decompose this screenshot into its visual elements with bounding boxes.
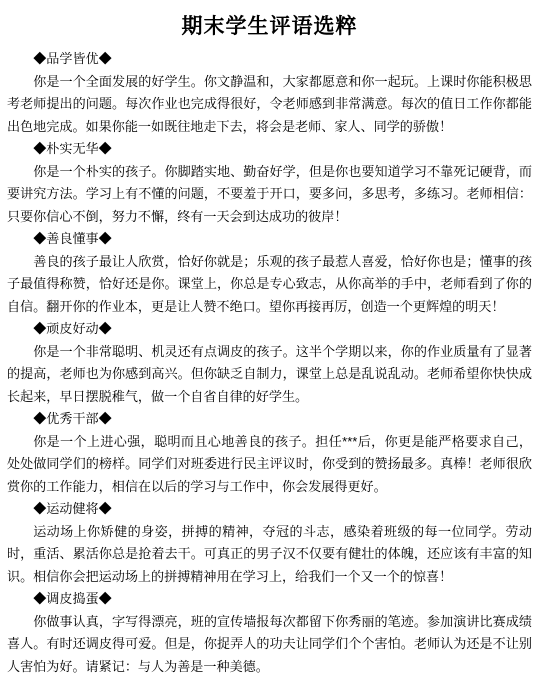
section-pushiwuhua: ◆朴实无华◆ 你是一个朴实的孩子。你脚踏实地、勤奋好学，但是你也要知道学习不靠死… bbox=[7, 138, 532, 228]
section-paragraph: 你是一个上进心强，聪明而且心地善良的孩子。担任***后，你更是能严格要求自己，处… bbox=[7, 431, 532, 499]
page-title: 期末学生评语选粹 bbox=[7, 12, 532, 40]
section-heading: ◆调皮捣蛋◆ bbox=[7, 588, 532, 611]
section-paragraph: 你是一个非常聪明、机灵还有点调皮的孩子。这半个学期以来，你的作业质量有了显著的提… bbox=[7, 341, 532, 409]
section-yundongjianjiang: ◆运动健将◆ 运动场上你矫健的身姿，拼搏的精神，夺冠的斗志，感染着班级的每一位同… bbox=[7, 498, 532, 588]
section-paragraph: 你做事认真，字写得漂亮，班的宣传墙报每次都留下你秀丽的笔迹。参加演讲比赛成绩喜人… bbox=[7, 611, 532, 679]
section-paragraph: 善良的孩子最让人欣赏，恰好你就是；乐观的孩子最惹人喜爱，恰好你也是；懂事的孩子最… bbox=[7, 251, 532, 319]
section-shanliangdongshi: ◆善良懂事◆ 善良的孩子最让人欣赏，恰好你就是；乐观的孩子最惹人喜爱，恰好你也是… bbox=[7, 228, 532, 318]
section-heading: ◆运动健将◆ bbox=[7, 498, 532, 521]
section-heading: ◆善良懂事◆ bbox=[7, 228, 532, 251]
section-youxiuganbu: ◆优秀干部◆ 你是一个上进心强，聪明而且心地善良的孩子。担任***后，你更是能严… bbox=[7, 408, 532, 498]
section-wanpihaodong: ◆顽皮好动◆ 你是一个非常聪明、机灵还有点调皮的孩子。这半个学期以来，你的作业质… bbox=[7, 318, 532, 408]
section-heading: ◆品学皆优◆ bbox=[7, 48, 532, 71]
section-paragraph: 你是一个全面发展的好学生。你文静温和，大家都愿意和你一起玩。上课时你能积极思考老… bbox=[7, 71, 532, 139]
section-heading: ◆顽皮好动◆ bbox=[7, 318, 532, 341]
section-paragraph: 运动场上你矫健的身姿，拼搏的精神，夺冠的斗志，感染着班级的每一位同学。劳动时，重… bbox=[7, 521, 532, 589]
section-tiaopidaodan: ◆调皮捣蛋◆ 你做事认真，字写得漂亮，班的宣传墙报每次都留下你秀丽的笔迹。参加演… bbox=[7, 588, 532, 678]
section-paragraph: 你是一个朴实的孩子。你脚踏实地、勤奋好学，但是你也要知道学习不靠死记硬背，而要讲… bbox=[7, 161, 532, 229]
section-pinxuejieyou: ◆品学皆优◆ 你是一个全面发展的好学生。你文静温和，大家都愿意和你一起玩。上课时… bbox=[7, 48, 532, 138]
section-heading: ◆朴实无华◆ bbox=[7, 138, 532, 161]
document-page: 期末学生评语选粹 ◆品学皆优◆ 你是一个全面发展的好学生。你文静温和，大家都愿意… bbox=[0, 0, 539, 680]
section-heading: ◆优秀干部◆ bbox=[7, 408, 532, 431]
